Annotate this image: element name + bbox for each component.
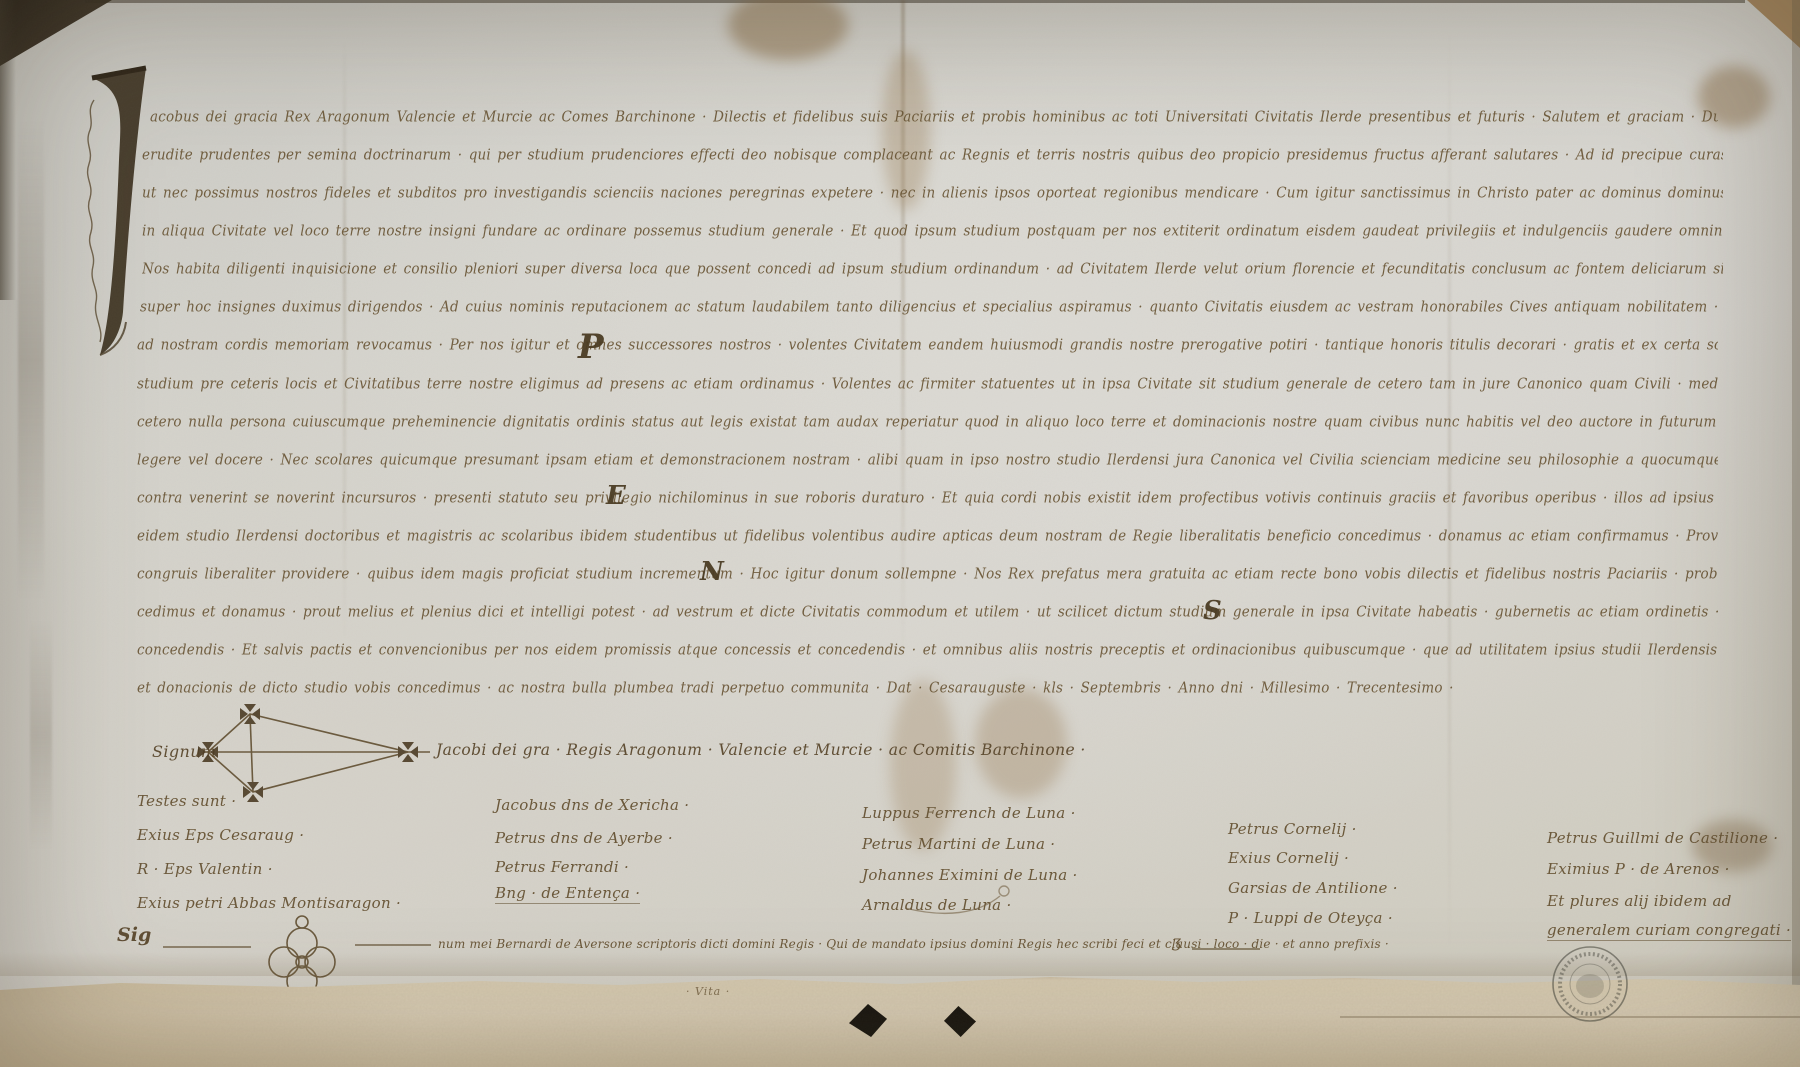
inline-initial-P: P (578, 330, 604, 364)
witness-col3-row4: Arnaldus de Luna · (862, 897, 1012, 914)
text-line-14: cedimus et donamus · prout melius et ple… (137, 604, 1718, 621)
plica-crease-line (1340, 1016, 1800, 1018)
witness-col3-row1: Luppus Ferrench de Luna · (862, 805, 1076, 822)
stain-center-crease-top (882, 50, 930, 210)
left-edge-streak (18, 120, 44, 600)
text-line-11: contra venerint se noverint incursuros ·… (137, 490, 1718, 507)
text-line-5: Nos habita diligenti inquisicione et con… (142, 261, 1723, 278)
witness-col2-row1: Jacobus dns de Xericha · (495, 797, 689, 814)
stain-center-crease-mid (890, 680, 956, 850)
witness-col5-row4: generalem curiam congregati · (1547, 922, 1791, 941)
notary-dash-left (163, 946, 251, 948)
witness-col1-row1: Exius Eps Cesaraug · (137, 827, 304, 844)
witness-col2-row2: Petrus dns de Ayerbe · (495, 830, 673, 847)
plica-fold (0, 968, 1800, 1067)
witness-col4-row4: P · Luppi de Oteyça · (1228, 910, 1393, 927)
stain-right-top (1698, 66, 1770, 128)
left-edge-streak-2 (30, 620, 52, 850)
witness-col3-row2: Petrus Martini de Luna · (862, 836, 1055, 853)
foot-note-vita: · Vita · (686, 986, 730, 997)
fold-crease-center (901, 0, 905, 660)
fold-shadow-above-plica (0, 952, 1800, 976)
notary-subscription-text: num mei Bernardi de Aversone scriptoris … (438, 938, 1389, 950)
text-line-16: et donacionis de dicto studio vobis conc… (137, 680, 1454, 697)
stain-right-mid (1692, 820, 1772, 872)
parchment-sheet (0, 0, 1800, 1067)
inline-initial-E: E (606, 483, 626, 509)
text-line-13: congruis liberaliter providere · quibus … (137, 566, 1718, 583)
fold-crease-left (343, 40, 346, 640)
witness-col5-row2: Eximius P · de Arenos · (1547, 861, 1730, 878)
photo-vignette (0, 0, 1800, 1067)
stain-signum-right (975, 688, 1067, 798)
text-line-15: concedendis · Et salvis pactis et conven… (137, 642, 1718, 659)
text-line-2: erudite prudentes per semina doctrinarum… (142, 147, 1723, 164)
text-line-3: ut nec possimus nostros fideles et subdi… (142, 185, 1723, 202)
seal-hole-left (849, 1004, 887, 1037)
left-edge-shadow (0, 0, 16, 300)
backdrop-corner-top-right (1747, 0, 1800, 48)
royal-signum-cross (198, 702, 430, 802)
witness-col5-row3: Et plures alij ibidem ad (1547, 893, 1732, 910)
text-line-4: in aliqua Civitate vel loco terre nostre… (142, 223, 1723, 240)
bottom-right-corner-shadow (1742, 1028, 1800, 1067)
notary-dash-right (355, 944, 431, 946)
text-line-9: cetero nulla persona cuiuscumque prehemi… (137, 414, 1718, 431)
inline-initial-N: N (700, 559, 724, 585)
royal-signum-text: Jacobi dei gra · Regis Aragonum · Valenc… (436, 743, 1086, 759)
notary-flourish: ʒ (1172, 934, 1181, 950)
text-line-8: studium pre ceteris locis et Civitatibus… (137, 376, 1718, 393)
backdrop-corner-top-left (0, 0, 112, 66)
stain-top-center (728, 0, 848, 60)
text-line-7: ad nostram cordis memoriam revocamus · P… (137, 337, 1718, 354)
text-line-12: eidem studio Ilerdensi doctoribus et mag… (137, 528, 1718, 545)
notary-knot-sign (252, 905, 352, 1045)
witness-col5-row1: Petrus Guillmi de Castilione · (1547, 830, 1778, 847)
text-line-10: legere vel docere · Nec scolares quicumq… (137, 452, 1718, 469)
initial-letter-I (80, 60, 152, 360)
witness-heading: Testes sunt · (137, 793, 236, 810)
witness-col3-row3: Johannes Eximini de Luna · (862, 867, 1078, 884)
manuscript-photo: acobus dei gracia Rex Aragonum Valencie … (0, 0, 1800, 1067)
witness-col4-row3: Garsias de Antilione · (1228, 880, 1398, 897)
witness-swash-flourish (900, 878, 1030, 920)
notary-flourish-dash (1192, 948, 1260, 950)
top-edge-shadow (85, 0, 1745, 3)
witness-col4-row1: Petrus Cornelij · (1228, 821, 1357, 838)
archive-stamp (1544, 940, 1636, 1024)
signum-label: Signum (152, 744, 217, 760)
parchment-grain-texture (0, 0, 1800, 1067)
witness-col2-row4: Bng · de Entença · (495, 885, 640, 904)
fold-crease-right (1448, 30, 1451, 950)
witness-col4-row2: Exius Cornelij · (1228, 850, 1349, 867)
seal-hole-right (944, 1006, 976, 1037)
witness-col2-row3: Petrus Ferrandi · (495, 859, 629, 876)
witness-col1-row3: Exius petri Abbas Montisaragon · (137, 895, 401, 912)
text-line-6: super hoc insignes duximus dirigendos · … (140, 299, 1721, 316)
text-line-1: acobus dei gracia Rex Aragonum Valencie … (150, 109, 1718, 126)
notary-sig-label: Sig (117, 926, 151, 945)
right-edge-shadow (1792, 0, 1800, 1067)
witness-col1-row2: R · Eps Valentin · (137, 861, 273, 878)
inline-initial-S: S (1203, 598, 1222, 624)
